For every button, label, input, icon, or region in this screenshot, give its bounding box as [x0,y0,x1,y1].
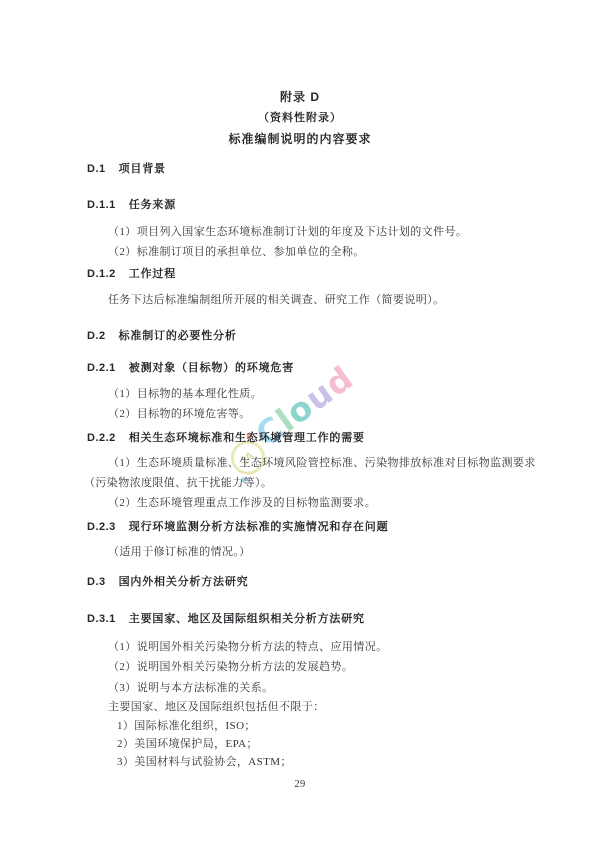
document-page: JA Cloud 附录 D （资料性附录） 标准编制说明的内容要求 D.1项目背… [0,0,600,848]
section-title: 国内外相关分析方法研究 [119,576,249,588]
paragraph: （适用于修订标准的情况。） [108,546,251,559]
section-title: 相关生态环境标准和生态环境管理工作的需要 [129,432,365,444]
section-heading-d2-2: D.2.2相关生态环境标准和生态环境管理工作的需要 [87,432,365,445]
appendix-title: 附录 D [0,91,600,104]
section-heading-d1-1: D.1.1任务来源 [87,199,176,212]
section-title: 标准制订的必要性分析 [119,330,237,342]
section-heading-d1-2: D.1.2工作过程 [87,268,176,281]
section-heading-d3-1: D.3.1主要国家、地区及国际组织相关分析方法研究 [87,613,365,626]
section-number: D.3.1 [87,613,116,625]
section-number: D.2 [87,330,106,342]
watermark-letter: o [279,386,321,431]
watermark-letter: C [248,407,291,453]
list-item: 1）国际标准化组织，ISO； [117,720,256,733]
appendix-heading: 标准编制说明的内容要求 [0,133,600,146]
paragraph: 主要国家、地区及国际组织包括但不限于： [108,701,325,714]
section-number: D.3 [87,576,106,588]
section-number: D.1.2 [87,268,116,280]
list-item: 2）美国环境保护局，EPA； [117,738,258,751]
paragraph: （1）目标物的基本理化性质。 [108,388,262,401]
section-title: 现行环境监测分析方法标准的实施情况和存在问题 [129,521,389,533]
section-title: 主要国家、地区及国际组织相关分析方法研究 [129,613,365,625]
section-heading-d3: D.3国内外相关分析方法研究 [87,576,248,589]
paragraph: （3）说明与本方法标准的关系。 [108,682,274,695]
paragraph: （2）标准制订项目的承担单位、参加单位的全称。 [108,246,365,259]
watermark-letter: d [317,357,360,403]
section-number: D.2.2 [87,432,116,444]
section-heading-d2: D.2标准制订的必要性分析 [87,330,237,343]
watermark-letter: u [298,372,341,418]
section-title: 被测对象（目标物）的环境危害 [129,362,294,374]
paragraph: （1）项目列入国家生态环境标准制订计划的年度及下达计划的文件号。 [108,226,467,239]
paragraph: （1）生态环境质量标准、生态环境风险管控标准、污染物排放标准对目标物监测要求 [108,457,536,470]
paragraph: （2）生态环境管理重点工作涉及的目标物监测要求。 [108,497,376,510]
section-title: 工作过程 [129,268,176,280]
section-number: D.1.1 [87,199,116,211]
paragraph: （污染物浓度限值、抗干扰能力等）。 [84,477,272,490]
appendix-subtitle: （资料性附录） [0,112,600,125]
section-number: D.1 [87,163,106,175]
section-number: D.2.1 [87,362,116,374]
section-heading-d1: D.1项目背景 [87,163,166,176]
paragraph: （1）说明国外相关污染物分析方法的特点、应用情况。 [108,641,388,654]
paragraph: 任务下达后标准编制组所开展的相关调查、研究工作（简要说明）。 [108,294,445,307]
section-heading-d2-1: D.2.1被测对象（目标物）的环境危害 [87,362,294,375]
section-title: 项目背景 [119,163,166,175]
paragraph: （2）目标物的环境危害等。 [108,408,251,421]
section-title: 任务来源 [129,199,176,211]
list-item: 3）美国材料与试验协会，ASTM； [117,756,292,769]
section-heading-d2-3: D.2.3现行环境监测分析方法标准的实施情况和存在问题 [87,521,388,534]
section-number: D.2.3 [87,521,116,533]
page-number: 29 [0,778,600,791]
paragraph: （2）说明国外相关污染物分析方法的发展趋势。 [108,661,353,674]
